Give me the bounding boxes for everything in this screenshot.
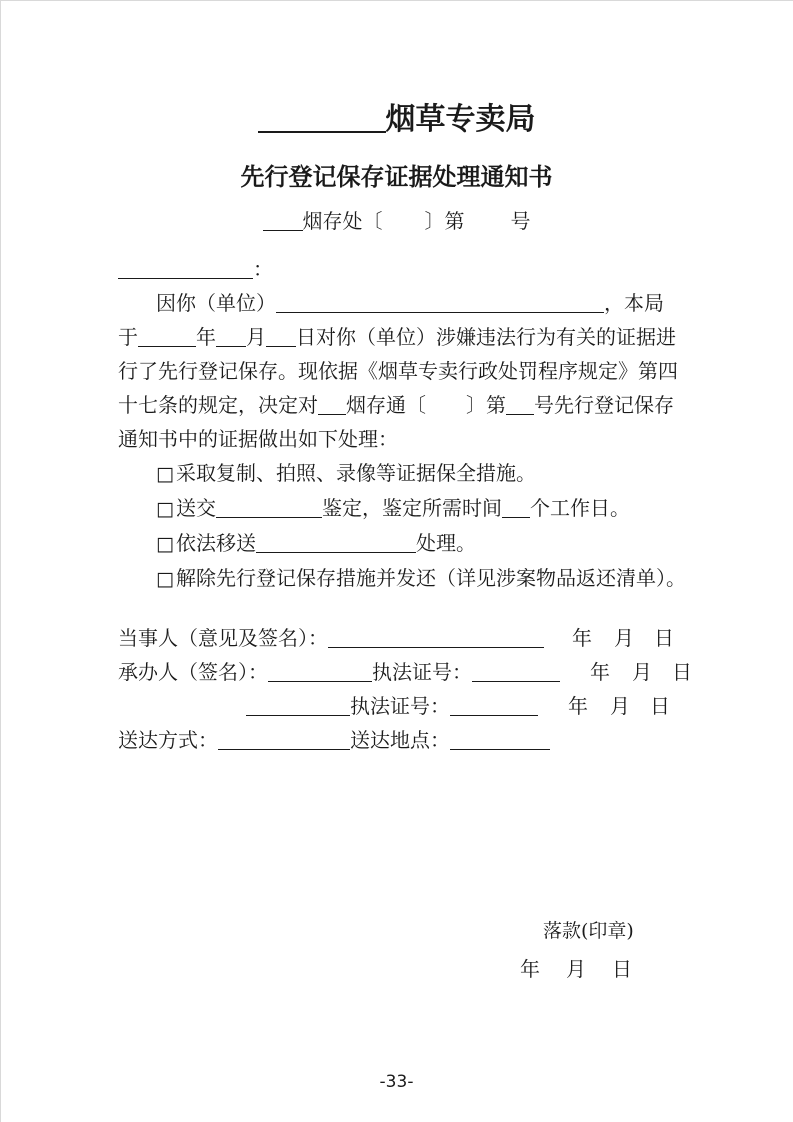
doc-no-prefix-blank[interactable] [263, 210, 303, 231]
notice-document-page: 烟草专卖局 先行登记保存证据处理通知书 烟存处〔〕第号 ： 因你（单位），本局于… [0, 0, 793, 1122]
cert-no-label: 执法证号： [350, 689, 450, 723]
year-blank[interactable] [138, 326, 196, 347]
date-prefix-label: 于 [118, 320, 138, 354]
spacer [544, 644, 572, 645]
authority-suffix-label: 烟草专卖局 [386, 98, 536, 142]
option-preserve-measures-checkbox[interactable]: □ [156, 457, 174, 491]
handle-label: 处理。 [416, 526, 476, 560]
handler-signature-label: 承办人（签名）： [118, 655, 268, 689]
body-text-segment: 行了先行登记保存。现依据《烟草专卖行政处罚程序规定》第四 [118, 354, 678, 388]
handler-signature-row-1: 承办人（签名）：执法证号：年月日 [118, 655, 676, 689]
notice-no-label: 烟存通〔 [346, 388, 426, 422]
month-label: 月 [246, 320, 266, 354]
year-label: 年 [568, 689, 588, 723]
day-blank[interactable] [266, 326, 296, 347]
paragraph-line-3: 行了先行登记保存。现依据《烟草专卖行政处罚程序规定》第四 [118, 354, 676, 388]
addressee-line: ： [118, 252, 676, 286]
option-preserve-measures-label: 采取复制、拍照、录像等证据保全措施。 [176, 456, 536, 490]
day-label: 日 [672, 655, 692, 689]
authority-name-blank[interactable] [258, 101, 386, 133]
notice-no-prefix-blank[interactable] [318, 394, 346, 415]
option-transfer-checkbox[interactable]: □ [156, 527, 174, 561]
paragraph-line-4: 十七条的规定，决定对烟存通〔〕第号先行登记保存 [118, 388, 676, 422]
spacer [586, 975, 612, 976]
spacer [538, 712, 568, 713]
option-transfer: □依法移送处理。 [118, 526, 676, 561]
document-title: 先行登记保存证据处理通知书 [0, 160, 793, 194]
main-paragraph: 因你（单位），本局于年月日对你（单位）涉嫌违法行为有关的证据进行了先行登记保存。… [118, 286, 676, 456]
body-text-segment: 号先行登记保存 [534, 388, 674, 422]
month-label: 月 [632, 655, 652, 689]
handler2-cert-no-blank[interactable] [450, 695, 538, 716]
authority-title-line: 烟草专卖局 [0, 98, 793, 142]
option-release-return: □解除先行登记保存措施并发还（详见涉案物品返还清单）。 [118, 561, 676, 596]
transfer-label: 依法移送 [176, 526, 256, 560]
spacer [588, 712, 610, 713]
disposal-options: □采取复制、拍照、录像等证据保全措施。□送交鉴定，鉴定所需时间个工作日。□依法移… [118, 456, 676, 596]
spacer [540, 975, 566, 976]
month-label: 月 [610, 689, 630, 723]
spacer [634, 644, 654, 645]
party-name-blank[interactable] [276, 292, 604, 313]
party-intro-label: 因你（单位） [156, 286, 276, 320]
delivery-place-blank[interactable] [450, 729, 550, 750]
month-label: 月 [566, 954, 586, 984]
day-label: 日 [612, 954, 632, 984]
appraisal-org-blank[interactable] [216, 497, 322, 518]
delivery-method-blank[interactable] [218, 729, 350, 750]
spacer [652, 678, 672, 679]
addressee-colon: ： [253, 252, 273, 286]
doc-no-mid-label: 〕第 [425, 205, 465, 237]
delivery-method-label: 送达方式： [118, 723, 218, 757]
spacer [610, 678, 632, 679]
doc-no-label: 烟存处〔 [303, 205, 383, 237]
doc-no-suffix-label: 号 [511, 205, 531, 237]
month-blank[interactable] [216, 326, 246, 347]
delivery-place-label: 送达地点： [350, 723, 450, 757]
signature-block: 当事人（意见及签名）：年月日承办人（签名）：执法证号：年月日执法证号：年月日送达… [118, 621, 676, 757]
option-send-appraisal: □送交鉴定，鉴定所需时间个工作日。 [118, 491, 676, 526]
body-text-segment: 十七条的规定，决定对 [118, 388, 318, 422]
year-label: 年 [590, 655, 610, 689]
year-label: 年 [520, 954, 540, 984]
notice-no-mid-label: 〕第 [466, 388, 506, 422]
seal-line: 落款(印章) [118, 916, 676, 946]
doc-no-year-space [383, 227, 425, 228]
notice-no-blank[interactable] [506, 394, 534, 415]
month-label: 月 [614, 621, 634, 655]
paragraph-line-2: 于年月日对你（单位）涉嫌违法行为有关的证据进 [118, 320, 676, 354]
addressee-blank[interactable] [118, 258, 253, 279]
option-preserve-measures: □采取复制、拍照、录像等证据保全措施。 [118, 456, 676, 491]
body-text-segment: 日对你（单位）涉嫌违法行为有关的证据进 [296, 320, 676, 354]
send-to-label: 送交 [176, 491, 216, 525]
notice-no-year-space [426, 411, 466, 412]
year-label: 年 [196, 320, 216, 354]
spacer [118, 712, 246, 713]
handler1-signature-blank[interactable] [268, 661, 372, 682]
page-number: -33- [0, 1072, 793, 1092]
document-body: ： 因你（单位），本局于年月日对你（单位）涉嫌违法行为有关的证据进行了先行登记保… [0, 252, 793, 984]
cert-no-label: 执法证号： [372, 655, 472, 689]
spacer [592, 644, 614, 645]
year-label: 年 [572, 621, 592, 655]
transfer-to-blank[interactable] [256, 532, 416, 553]
handler2-signature-blank[interactable] [246, 695, 350, 716]
paragraph-line-1: 因你（单位），本局 [118, 286, 676, 320]
party-signature-row: 当事人（意见及签名）：年月日 [118, 621, 676, 655]
party-signature-label: 当事人（意见及签名）： [118, 621, 328, 655]
option-send-appraisal-checkbox[interactable]: □ [156, 492, 174, 526]
day-label: 日 [654, 621, 674, 655]
bureau-label: ，本局 [604, 286, 664, 320]
handler1-cert-no-blank[interactable] [472, 661, 560, 682]
paragraph-line-5: 通知书中的证据做出如下处理： [118, 422, 676, 456]
closing-date-line: 年月日 [118, 954, 676, 984]
party-opinion-signature-blank[interactable] [328, 627, 544, 648]
body-text-segment: 通知书中的证据做出如下处理： [118, 422, 398, 456]
appraisal-time-label: 鉴定，鉴定所需时间 [322, 491, 502, 525]
appraisal-days-blank[interactable] [502, 497, 530, 518]
day-label: 日 [650, 689, 670, 723]
working-days-label: 个工作日。 [530, 491, 630, 525]
doc-no-number-space [465, 227, 511, 228]
seal-label: 落款(印章) [543, 920, 634, 942]
handler-signature-row-2: 执法证号：年月日 [118, 689, 676, 723]
option-release-return-label: 解除先行登记保存措施并发还（详见涉案物品返还清单）。 [176, 561, 686, 595]
delivery-row: 送达方式：送达地点： [118, 723, 676, 757]
spacer [630, 712, 650, 713]
spacer [560, 678, 590, 679]
document-number-line: 烟存处〔〕第号 [0, 205, 793, 237]
option-release-return-checkbox[interactable]: □ [156, 562, 174, 596]
